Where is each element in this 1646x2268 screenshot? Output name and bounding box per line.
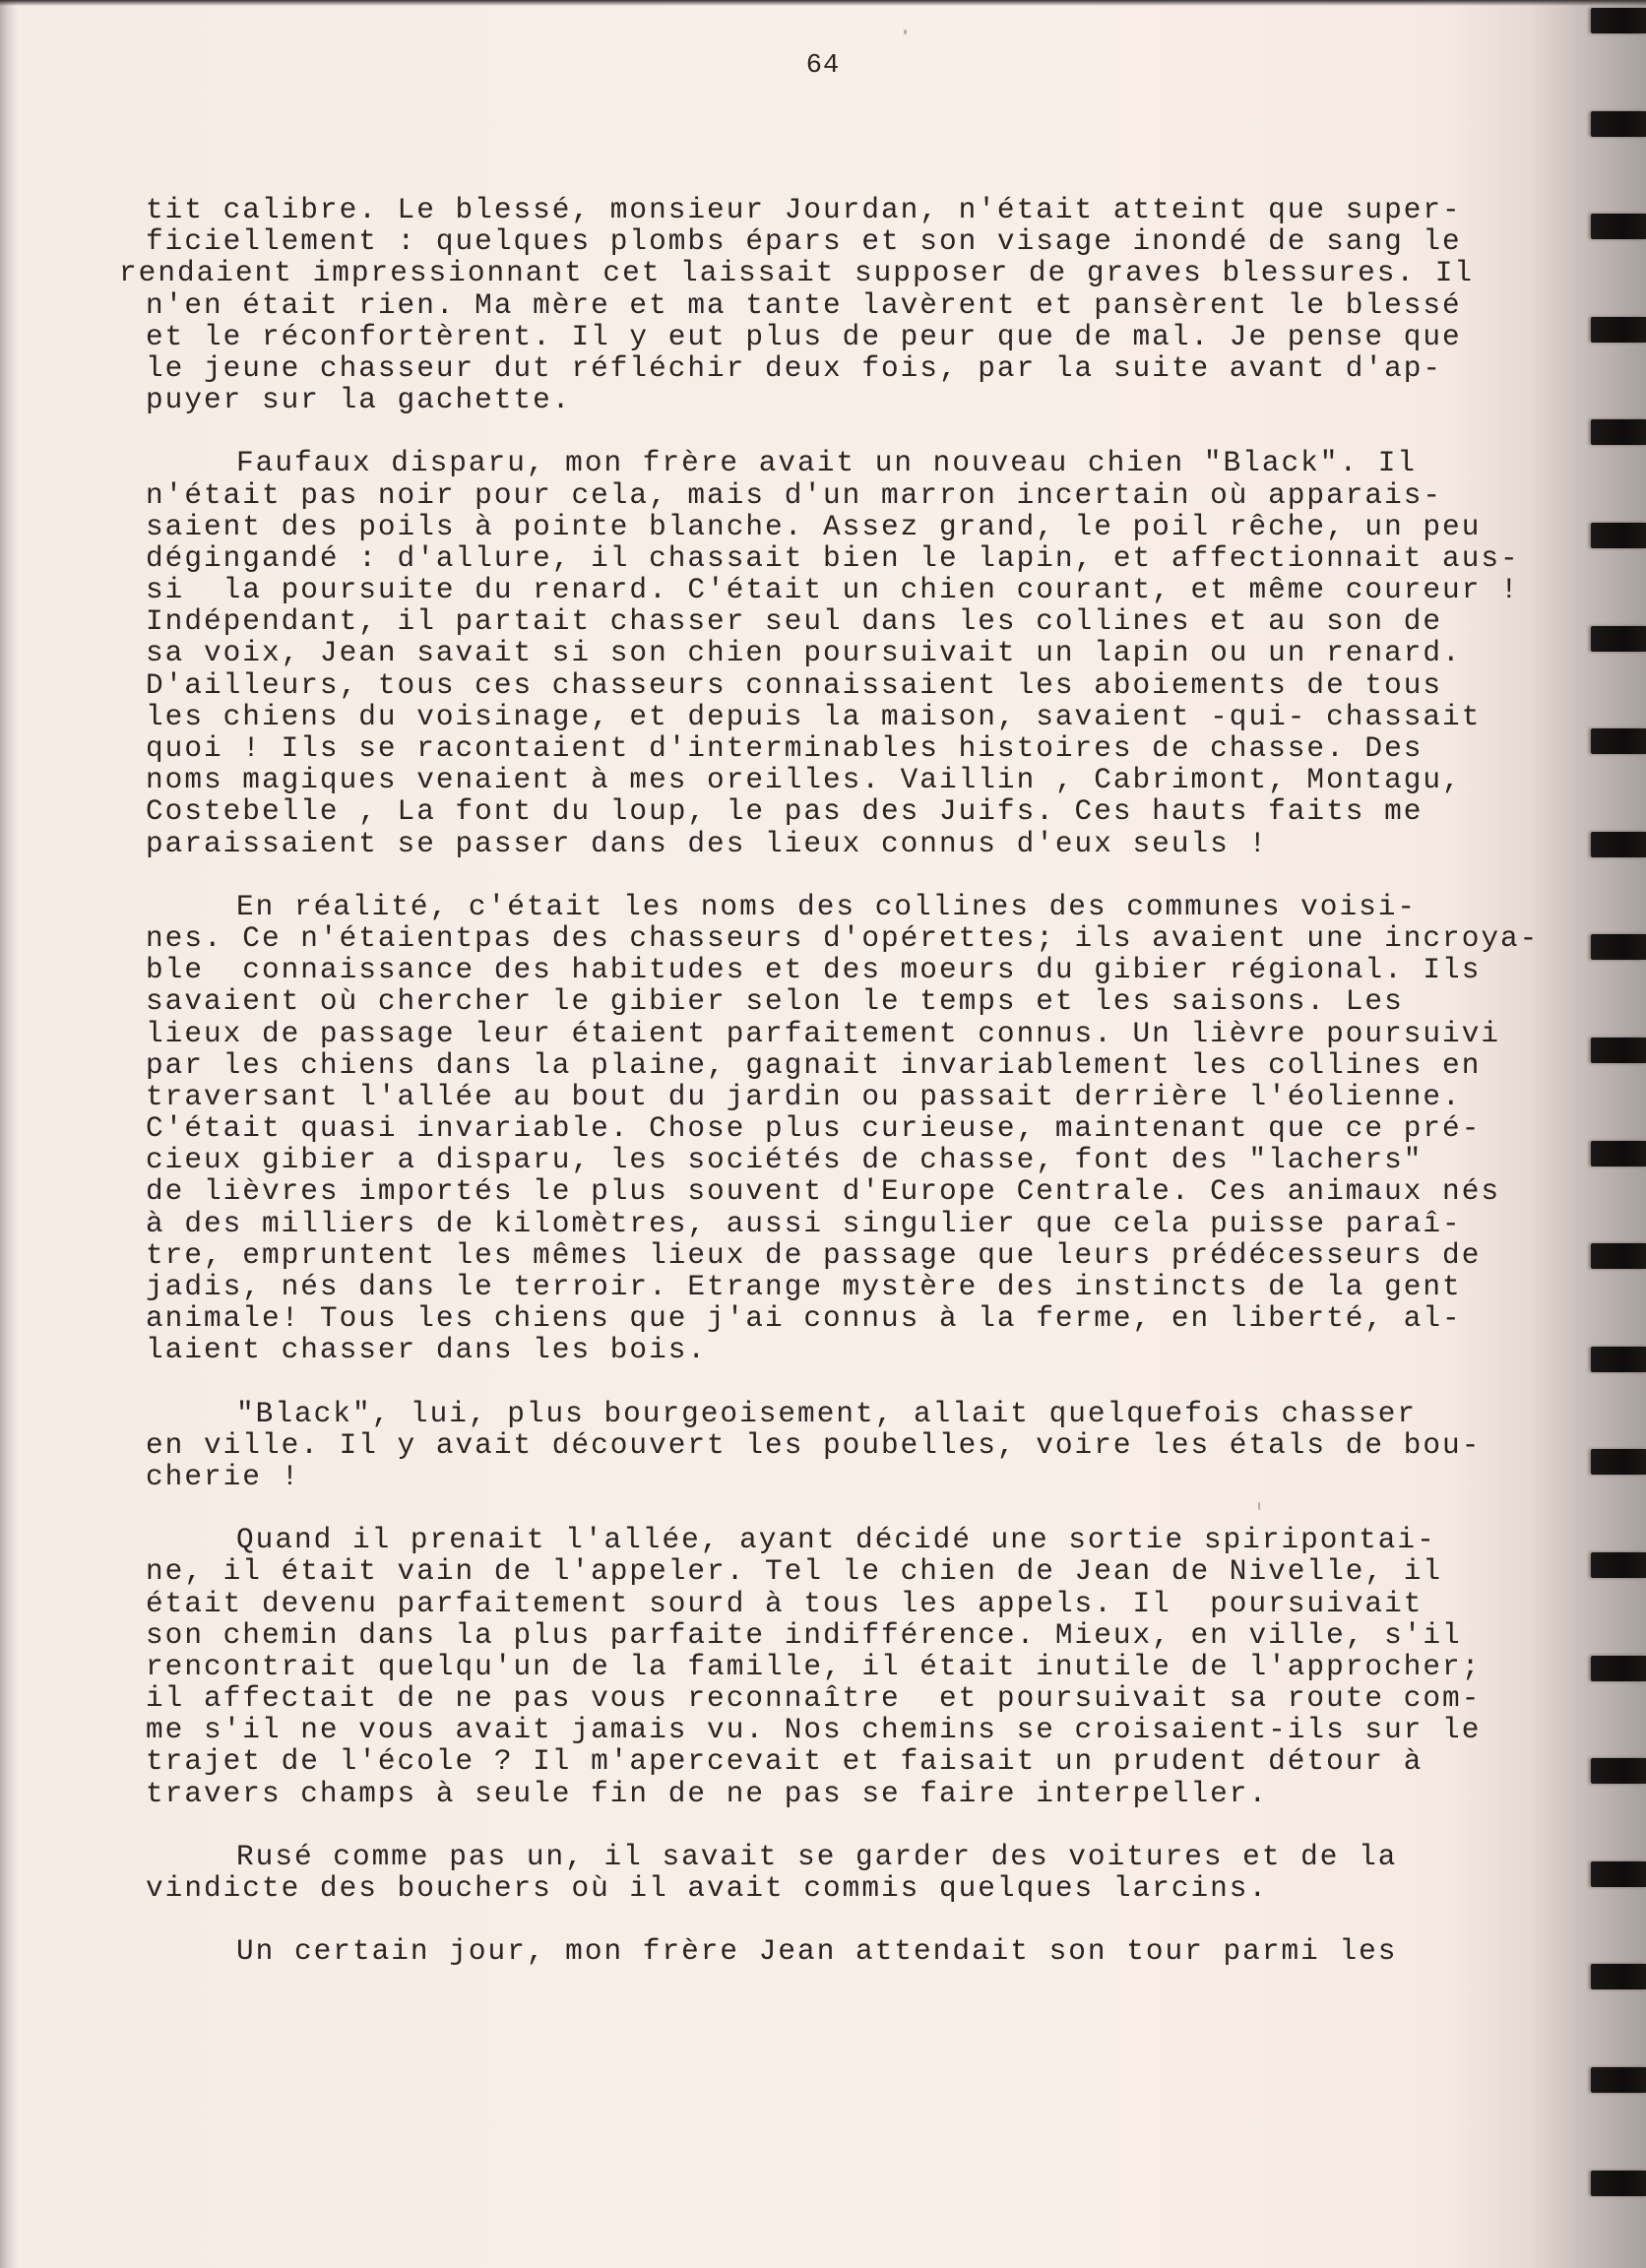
text-line: les chiens du voisinage, et depuis la ma…: [146, 702, 1544, 733]
paragraph: Rusé comme pas un, il savait se garder d…: [146, 1842, 1544, 1905]
text-line: était devenu parfaitement sourd à tous l…: [146, 1589, 1544, 1620]
text-line: Costebelle , La font du loup, le pas des…: [146, 796, 1544, 828]
text-line: trajet de l'école ? Il m'apercevait et f…: [146, 1746, 1544, 1778]
text-line: lieux de passage leur étaient parfaiteme…: [146, 1019, 1544, 1050]
page-number: 64: [0, 51, 1646, 81]
text-line: "Black", lui, plus bourgeoisement, allai…: [146, 1399, 1544, 1430]
text-line: me s'il ne vous avait jamais vu. Nos che…: [146, 1715, 1544, 1746]
text-line: saient des poils à pointe blanche. Assez…: [146, 512, 1544, 543]
text-line: ne, il était vain de l'appeler. Tel le c…: [146, 1556, 1544, 1588]
binding-hole-icon: [1591, 1243, 1646, 1269]
text-line: Quand il prenait l'allée, ayant décidé u…: [146, 1525, 1544, 1556]
binding-hole-icon: [1591, 934, 1646, 960]
binding-hole-icon: [1591, 111, 1646, 137]
text-line: nes. Ce n'étaientpas des chasseurs d'opé…: [146, 923, 1544, 955]
binding-hole-icon: [1591, 214, 1646, 239]
text-line: C'était quasi invariable. Chose plus cur…: [146, 1113, 1544, 1145]
paragraph: En réalité, c'était les noms des colline…: [146, 892, 1544, 1367]
text-line: n'était pas noir pour cela, mais d'un ma…: [146, 480, 1544, 512]
text-line: cherie !: [146, 1462, 1544, 1493]
text-line: de lièvres importés le plus souvent d'Eu…: [146, 1176, 1544, 1208]
text-line: Faufaux disparu, mon frère avait un nouv…: [146, 448, 1544, 479]
binding-hole-icon: [1591, 8, 1646, 33]
text-line: noms magiques venaient à mes oreilles. V…: [146, 765, 1544, 796]
text-line: savaient où chercher le gibier selon le …: [146, 986, 1544, 1018]
text-line: Un certain jour, mon frère Jean attendai…: [146, 1936, 1544, 1968]
text-line: travers champs à seule fin de ne pas se …: [146, 1779, 1544, 1810]
text-line: ble connaissance des habitudes et des mo…: [146, 955, 1544, 986]
binding-hole-icon: [1591, 1038, 1646, 1063]
binding-hole-icon: [1591, 419, 1646, 445]
text-line: par les chiens dans la plaine, gagnait i…: [146, 1050, 1544, 1082]
text-line: n'en était rien. Ma mère et ma tante lav…: [146, 290, 1544, 322]
text-line: D'ailleurs, tous ces chasseurs connaissa…: [146, 670, 1544, 702]
text-line: quoi ! Ils se racontaient d'interminable…: [146, 733, 1544, 765]
text-line: rencontrait quelqu'un de la famille, il …: [146, 1652, 1544, 1683]
paragraph: "Black", lui, plus bourgeoisement, allai…: [146, 1399, 1544, 1494]
text-line: En réalité, c'était les noms des colline…: [146, 892, 1544, 923]
binding-hole-icon: [1591, 1449, 1646, 1475]
binding-hole-icon: [1591, 2171, 1646, 2196]
binding-hole-icon: [1591, 523, 1646, 548]
paragraph: Faufaux disparu, mon frère avait un nouv…: [146, 448, 1544, 859]
text-line: paraissaient se passer dans des lieux co…: [146, 829, 1544, 860]
text-line: le jeune chasseur dut réfléchir deux foi…: [146, 353, 1544, 385]
binding-hole-icon: [1591, 1141, 1646, 1166]
text-line: puyer sur la gachette.: [146, 385, 1544, 416]
paragraph: tit calibre. Le blessé, monsieur Jourdan…: [146, 195, 1544, 416]
scanned-page: 64 tit calibre. Le blessé, monsieur Jour…: [0, 0, 1646, 2268]
text-line: jadis, nés dans le terroir. Etrange myst…: [146, 1272, 1544, 1303]
binding-hole-icon: [1591, 1347, 1646, 1372]
binding-hole-icon: [1591, 317, 1646, 343]
text-line: ficiellement : quelques plombs épars et …: [146, 226, 1544, 258]
text-line: traversant l'allée au bout du jardin ou …: [146, 1082, 1544, 1113]
text-line: il affectait de ne pas vous reconnaître …: [146, 1683, 1544, 1715]
scan-edge-shadow: [0, 0, 1646, 6]
text-line: à des milliers de kilomètres, aussi sing…: [146, 1209, 1544, 1240]
text-line: tre, empruntent les mêmes lieux de passa…: [146, 1240, 1544, 1272]
text-line: animale! Tous les chiens que j'ai connus…: [146, 1303, 1544, 1335]
text-line: dégingandé : d'allure, il chassait bien …: [146, 543, 1544, 575]
text-line: si la poursuite du renard. C'était un ch…: [146, 575, 1544, 606]
text-line: tit calibre. Le blessé, monsieur Jourdan…: [146, 195, 1544, 226]
dust-speck: [1258, 1502, 1260, 1510]
binding-hole-icon: [1591, 1758, 1646, 1784]
spiral-binding-icon: [1589, 0, 1646, 2268]
paragraph: Quand il prenait l'allée, ayant décidé u…: [146, 1525, 1544, 1810]
text-line: sa voix, Jean savait si son chien poursu…: [146, 638, 1544, 669]
text-line: vindicte des bouchers où il avait commis…: [146, 1873, 1544, 1905]
text-line: son chemin dans la plus parfaite indiffé…: [146, 1620, 1544, 1652]
text-line: en ville. Il y avait découvert les poube…: [146, 1430, 1544, 1462]
text-line: laient chasser dans les bois.: [146, 1335, 1544, 1366]
binding-hole-icon: [1591, 1552, 1646, 1578]
text-line: Indépendant, il partait chasser seul dan…: [146, 606, 1544, 638]
binding-hole-icon: [1591, 1861, 1646, 1887]
binding-hole-icon: [1591, 832, 1646, 857]
dust-speck: [904, 30, 907, 34]
binding-hole-icon: [1591, 1964, 1646, 1989]
binding-hole-icon: [1591, 728, 1646, 754]
binding-hole-icon: [1591, 2067, 1646, 2093]
paragraph: Un certain jour, mon frère Jean attendai…: [146, 1936, 1544, 1968]
binding-hole-icon: [1591, 626, 1646, 652]
binding-hole-icon: [1591, 1656, 1646, 1681]
text-line: Rusé comme pas un, il savait se garder d…: [146, 1842, 1544, 1873]
text-line: rendaient impressionnant cet laissait su…: [119, 258, 1544, 289]
text-line: et le réconfortèrent. Il y eut plus de p…: [146, 322, 1544, 353]
body-text: tit calibre. Le blessé, monsieur Jourdan…: [146, 195, 1544, 1999]
text-line: cieux gibier a disparu, les sociétés de …: [146, 1145, 1544, 1176]
